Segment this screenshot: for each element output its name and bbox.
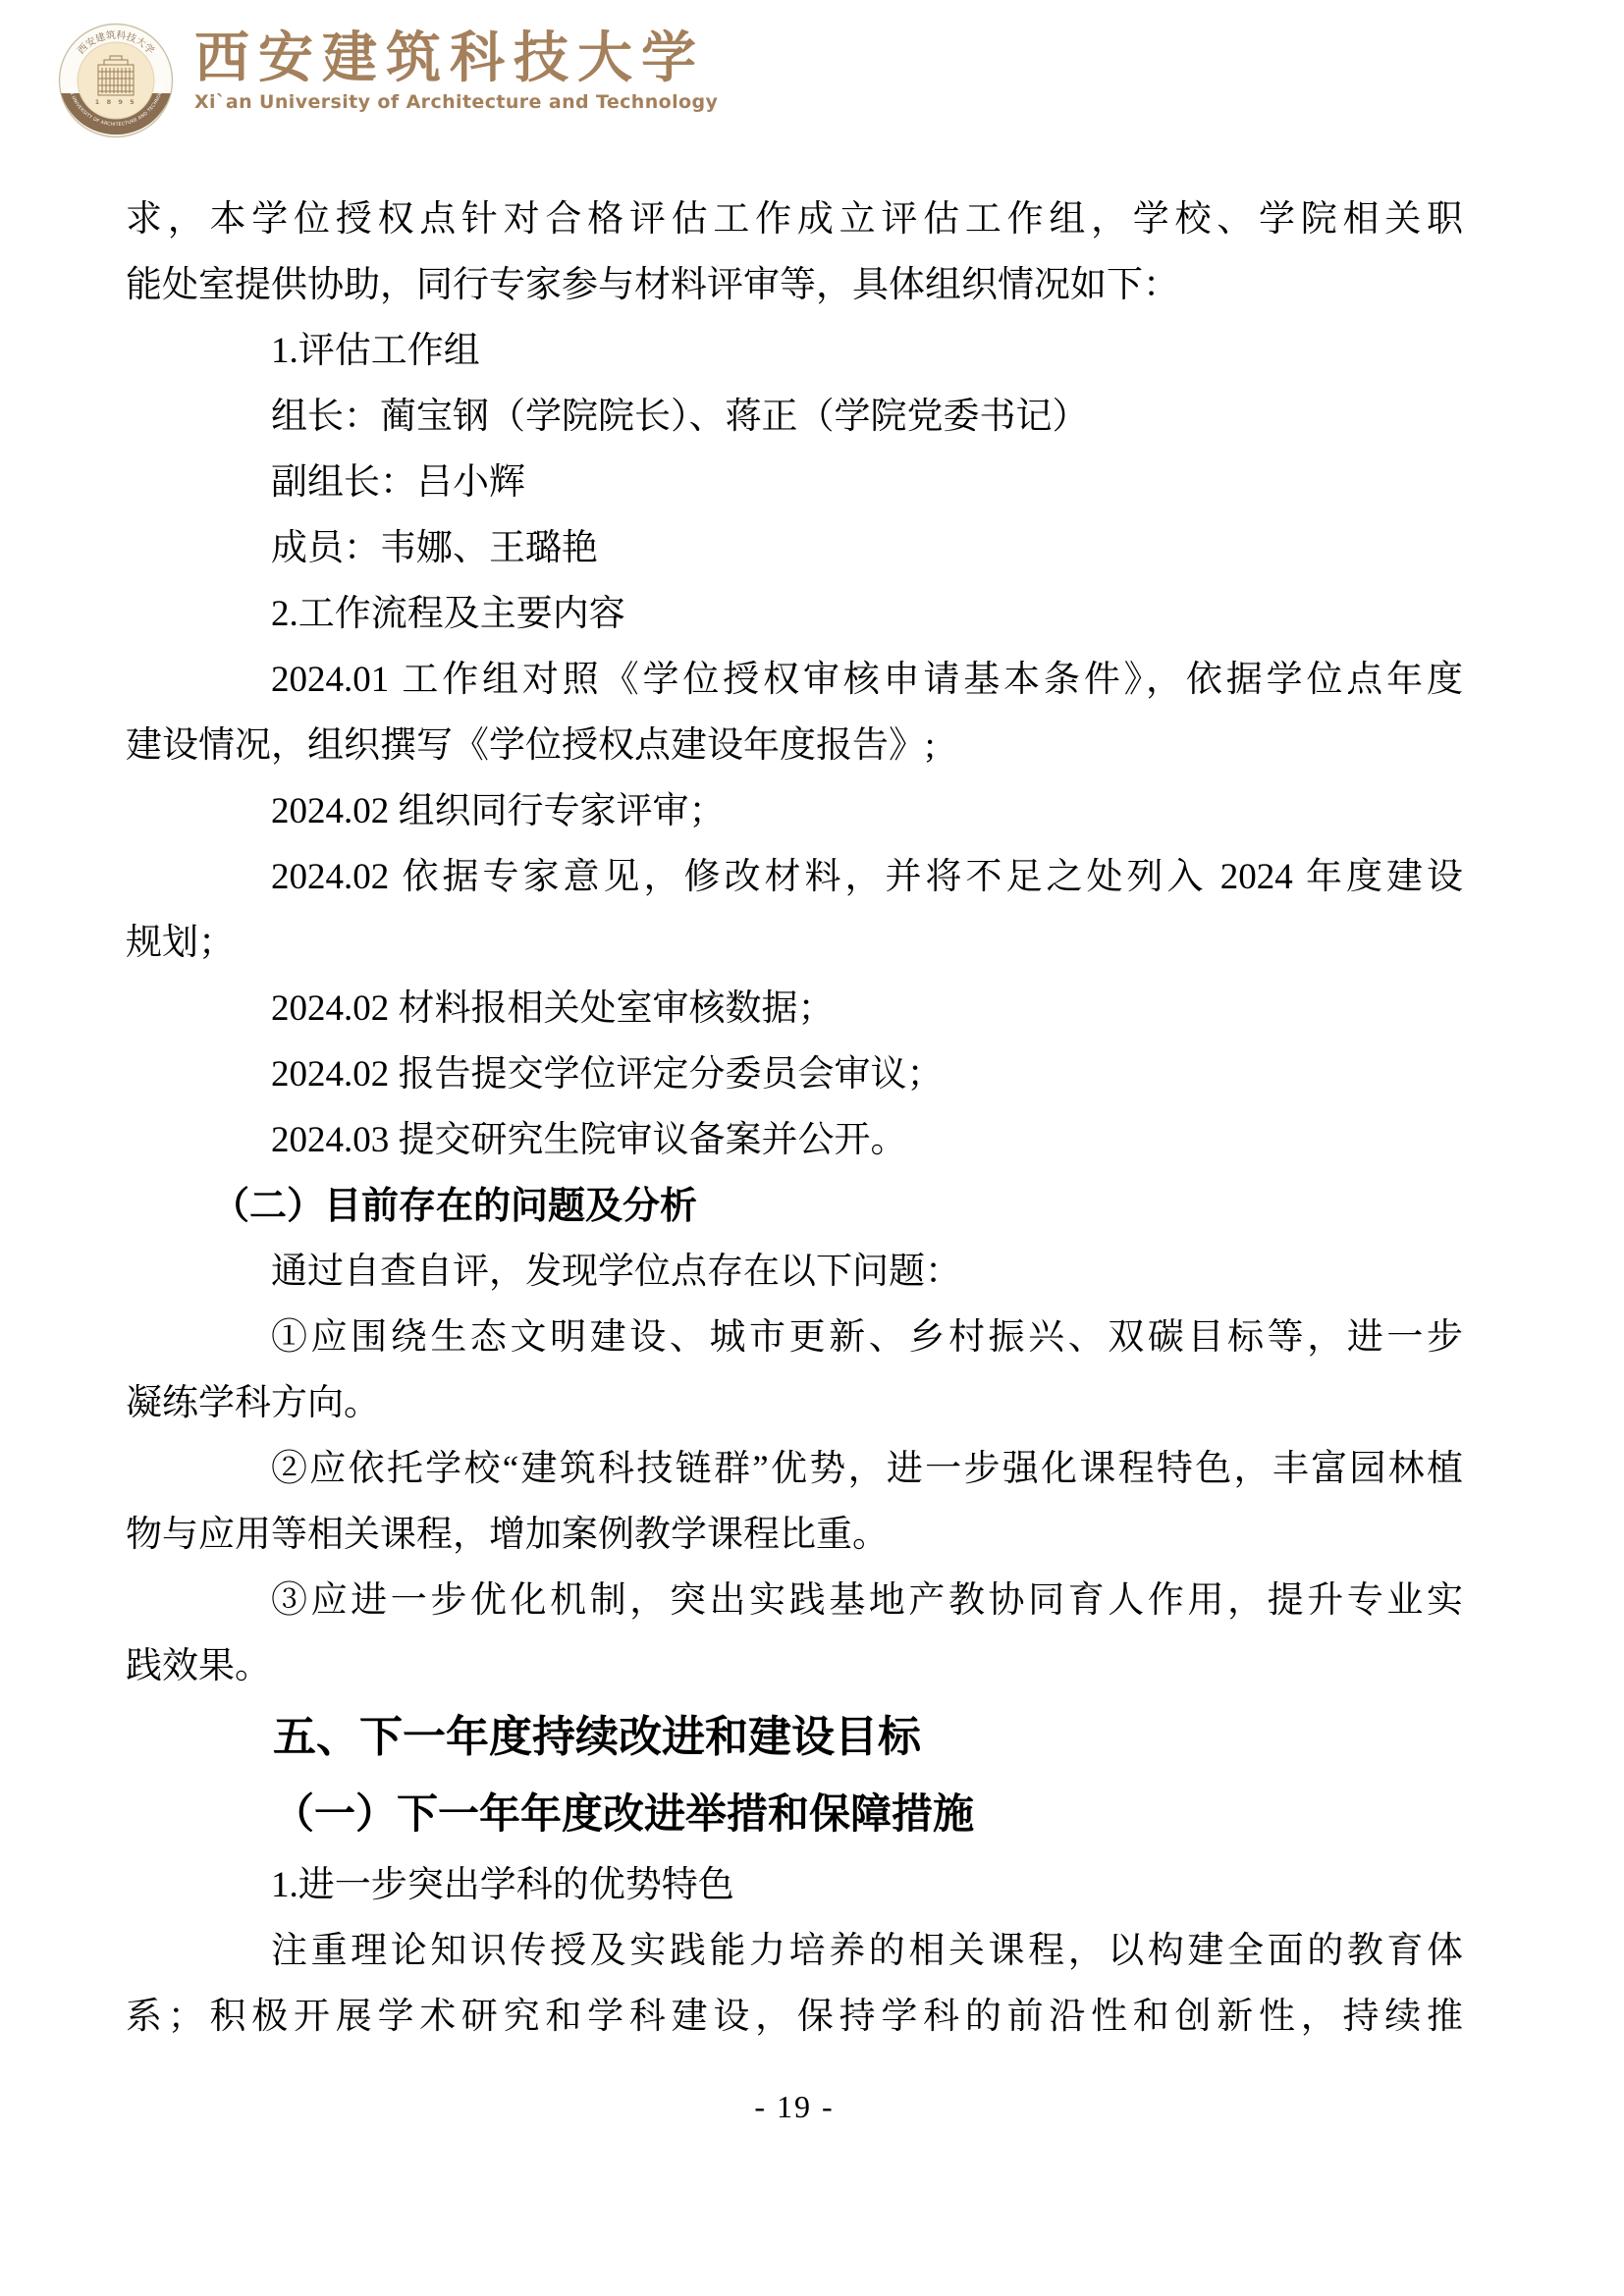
- document-line: ②应依托学校“建筑科技链群”优势，进一步强化课程特色，丰富园林植: [126, 1436, 1463, 1502]
- document-line: 组长：蔺宝钢（学院院长）、蒋正（学院党委书记）: [126, 384, 1463, 450]
- document-line: ③应进一步优化机制，突出实践基地产教协同育人作用，提升专业实: [126, 1568, 1463, 1633]
- list-item: 2.工作流程及主要内容: [126, 581, 1463, 647]
- university-brand: 西安建筑科技大学 Xi`an University of Architectur…: [194, 27, 718, 113]
- document-line: 2024.02 报告提交学位评定分委员会审议；: [126, 1041, 1463, 1107]
- university-logo: 1 8 9 5 西安建筑科技大学 XI'AN UNIVERSITY OF ARC…: [57, 22, 175, 139]
- document-line: 能处室提供协助，同行专家参与材料评审等，具体组织情况如下：: [126, 252, 1463, 318]
- document-line: 践效果。: [126, 1633, 1463, 1699]
- document-line: 2024.02 材料报相关处室审核数据；: [126, 976, 1463, 1041]
- document-line: 注重理论知识传授及实践能力培养的相关课程，以构建全面的教育体: [126, 1918, 1463, 1984]
- university-name-en: Xi`an University of Architecture and Tec…: [194, 91, 718, 113]
- document-line: 凝练学科方向。: [126, 1370, 1463, 1436]
- document-line: 2024.02 依据专家意见，修改材料，并将不足之处列入 2024 年度建设: [126, 844, 1463, 910]
- document-line: 规划；: [126, 910, 1463, 976]
- seal-year: 1 8 9 5: [95, 98, 136, 106]
- document-line: 通过自查自评，发现学位点存在以下问题：: [126, 1239, 1463, 1305]
- university-seal-icon: 1 8 9 5 西安建筑科技大学 XI'AN UNIVERSITY OF ARC…: [57, 22, 175, 139]
- chapter-heading: 五、下一年度持续改进和建设目标: [126, 1699, 1463, 1776]
- document-line: 2024.01 工作组对照《学位授权审核申请基本条件》，依据学位点年度: [126, 647, 1463, 713]
- document-line: 2024.03 提交研究生院审议备案并公开。: [126, 1107, 1463, 1173]
- document-line: 系；积极开展学术研究和学科建设，保持学科的前沿性和创新性，持续推: [126, 1984, 1463, 2050]
- document-line: 副组长：吕小辉: [126, 450, 1463, 515]
- section-heading: （二）目前存在的问题及分析: [126, 1173, 1463, 1239]
- document-body: 求，本学位授权点针对合格评估工作成立评估工作组，学校、学院相关职 能处室提供协助…: [126, 187, 1463, 2050]
- document-line: 建设情况，组织撰写《学位授权点建设年度报告》;: [126, 713, 1463, 778]
- list-item: 1.进一步突出学科的优势特色: [126, 1852, 1463, 1918]
- university-name-zh: 西安建筑科技大学: [194, 27, 718, 88]
- section-heading: （一）下一年年度改进举措和保障措施: [126, 1776, 1463, 1852]
- document-line: 2024.02 组织同行专家评审；: [126, 778, 1463, 844]
- document-line: 成员：韦娜、王璐艳: [126, 515, 1463, 581]
- page-number: - 19 -: [126, 2089, 1463, 2125]
- document-line: ①应围绕生态文明建设、城市更新、乡村振兴、双碳目标等，进一步: [126, 1305, 1463, 1370]
- document-line: 求，本学位授权点针对合格评估工作成立评估工作组，学校、学院相关职: [126, 187, 1463, 252]
- document-line: 物与应用等相关课程，增加案例教学课程比重。: [126, 1502, 1463, 1568]
- list-item: 1.评估工作组: [126, 318, 1463, 384]
